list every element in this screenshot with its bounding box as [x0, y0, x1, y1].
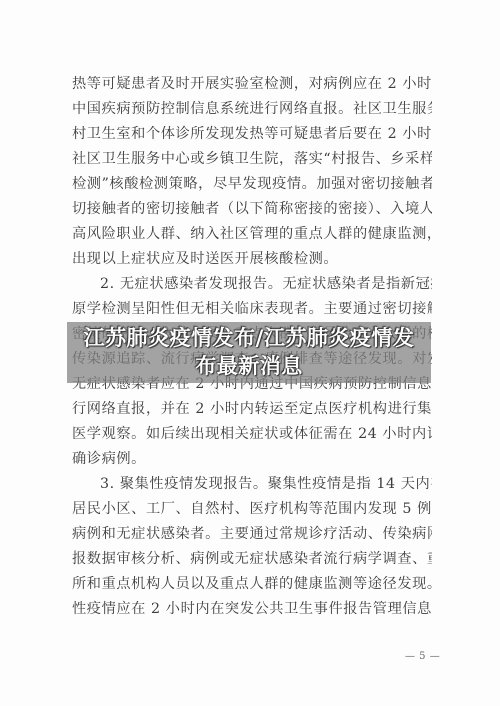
paragraph-heading-3: 3. 聚集性疫情发现报告。聚集性疫情是指 14 天内在学校、 — [100, 472, 432, 497]
text-line: 医学观察。如后续出现相关症状或体征需在 24 小时内订正为 — [72, 422, 432, 447]
text-line: 确诊病例。 — [72, 447, 432, 472]
page-number: — 5 — — [405, 651, 440, 662]
text-line: 行网络直报，并在 2 小时内转运至定点医疗机构进行集中隔离 — [72, 397, 432, 422]
text-line: 所和重点机构人员以及重点人群的健康监测等途径发现。聚集 — [72, 572, 432, 597]
overlay-title-line-1: 江苏肺炎疫情发布/江苏肺炎疫情发 — [67, 324, 431, 352]
text-line: 热等可疑患者及时开展实验室检测，对病例应在 2 小时内通过 — [72, 72, 432, 97]
text-line: 切接触者的密切接触者（以下简称密接的密接）、入境人员、 — [72, 197, 432, 222]
text-line: 中国疾病预防控制信息系统进行网络直报。社区卫生服务站、 — [72, 97, 432, 122]
text-line: 村卫生室和个体诊所发现发热等可疑患者后要在 2 小时内报告 — [72, 122, 432, 147]
overlay-title: 江苏肺炎疫情发布/江苏肺炎疫情发 布最新消息 — [67, 324, 431, 380]
paragraph-heading-2: 2. 无症状感染者发现报告。无症状感染者是指新冠病毒病 — [100, 272, 432, 297]
text-line: 病例和无症状感染者。主要通过常规诊疗活动、传染病网络直 — [72, 522, 432, 547]
text-line: 原学检测呈阳性但无相关临床表现者。主要通过密切接触者和 — [72, 297, 432, 322]
text-line: 高风险职业人群、纳入社区管理的重点人群的健康监测，一旦 — [72, 222, 432, 247]
title-overlay-banner: 江苏肺炎疫情发布/江苏肺炎疫情发 布最新消息 — [67, 322, 431, 383]
text-line: 居民小区、工厂、自然村、医疗机构等范围内发现 5 例及以上 — [72, 497, 432, 522]
text-line: 性疫情应在 2 小时内在突发公共卫生事件报告管理信息系统网 — [72, 597, 432, 622]
text-line: 检测”核酸检测策略，尽早发现疫情。加强对密切接触者和密 — [72, 172, 432, 197]
text-line: 出现以上症状应及时送医开展核酸检测。 — [72, 247, 432, 272]
overlay-title-line-2: 布最新消息 — [67, 352, 431, 380]
text-line: 社区卫生服务中心或乡镇卫生院，落实“村报告、乡采样、县 — [72, 147, 432, 172]
text-line: 报数据审核分析、病例或无症状感染者流行病学调查、重点场 — [72, 547, 432, 572]
